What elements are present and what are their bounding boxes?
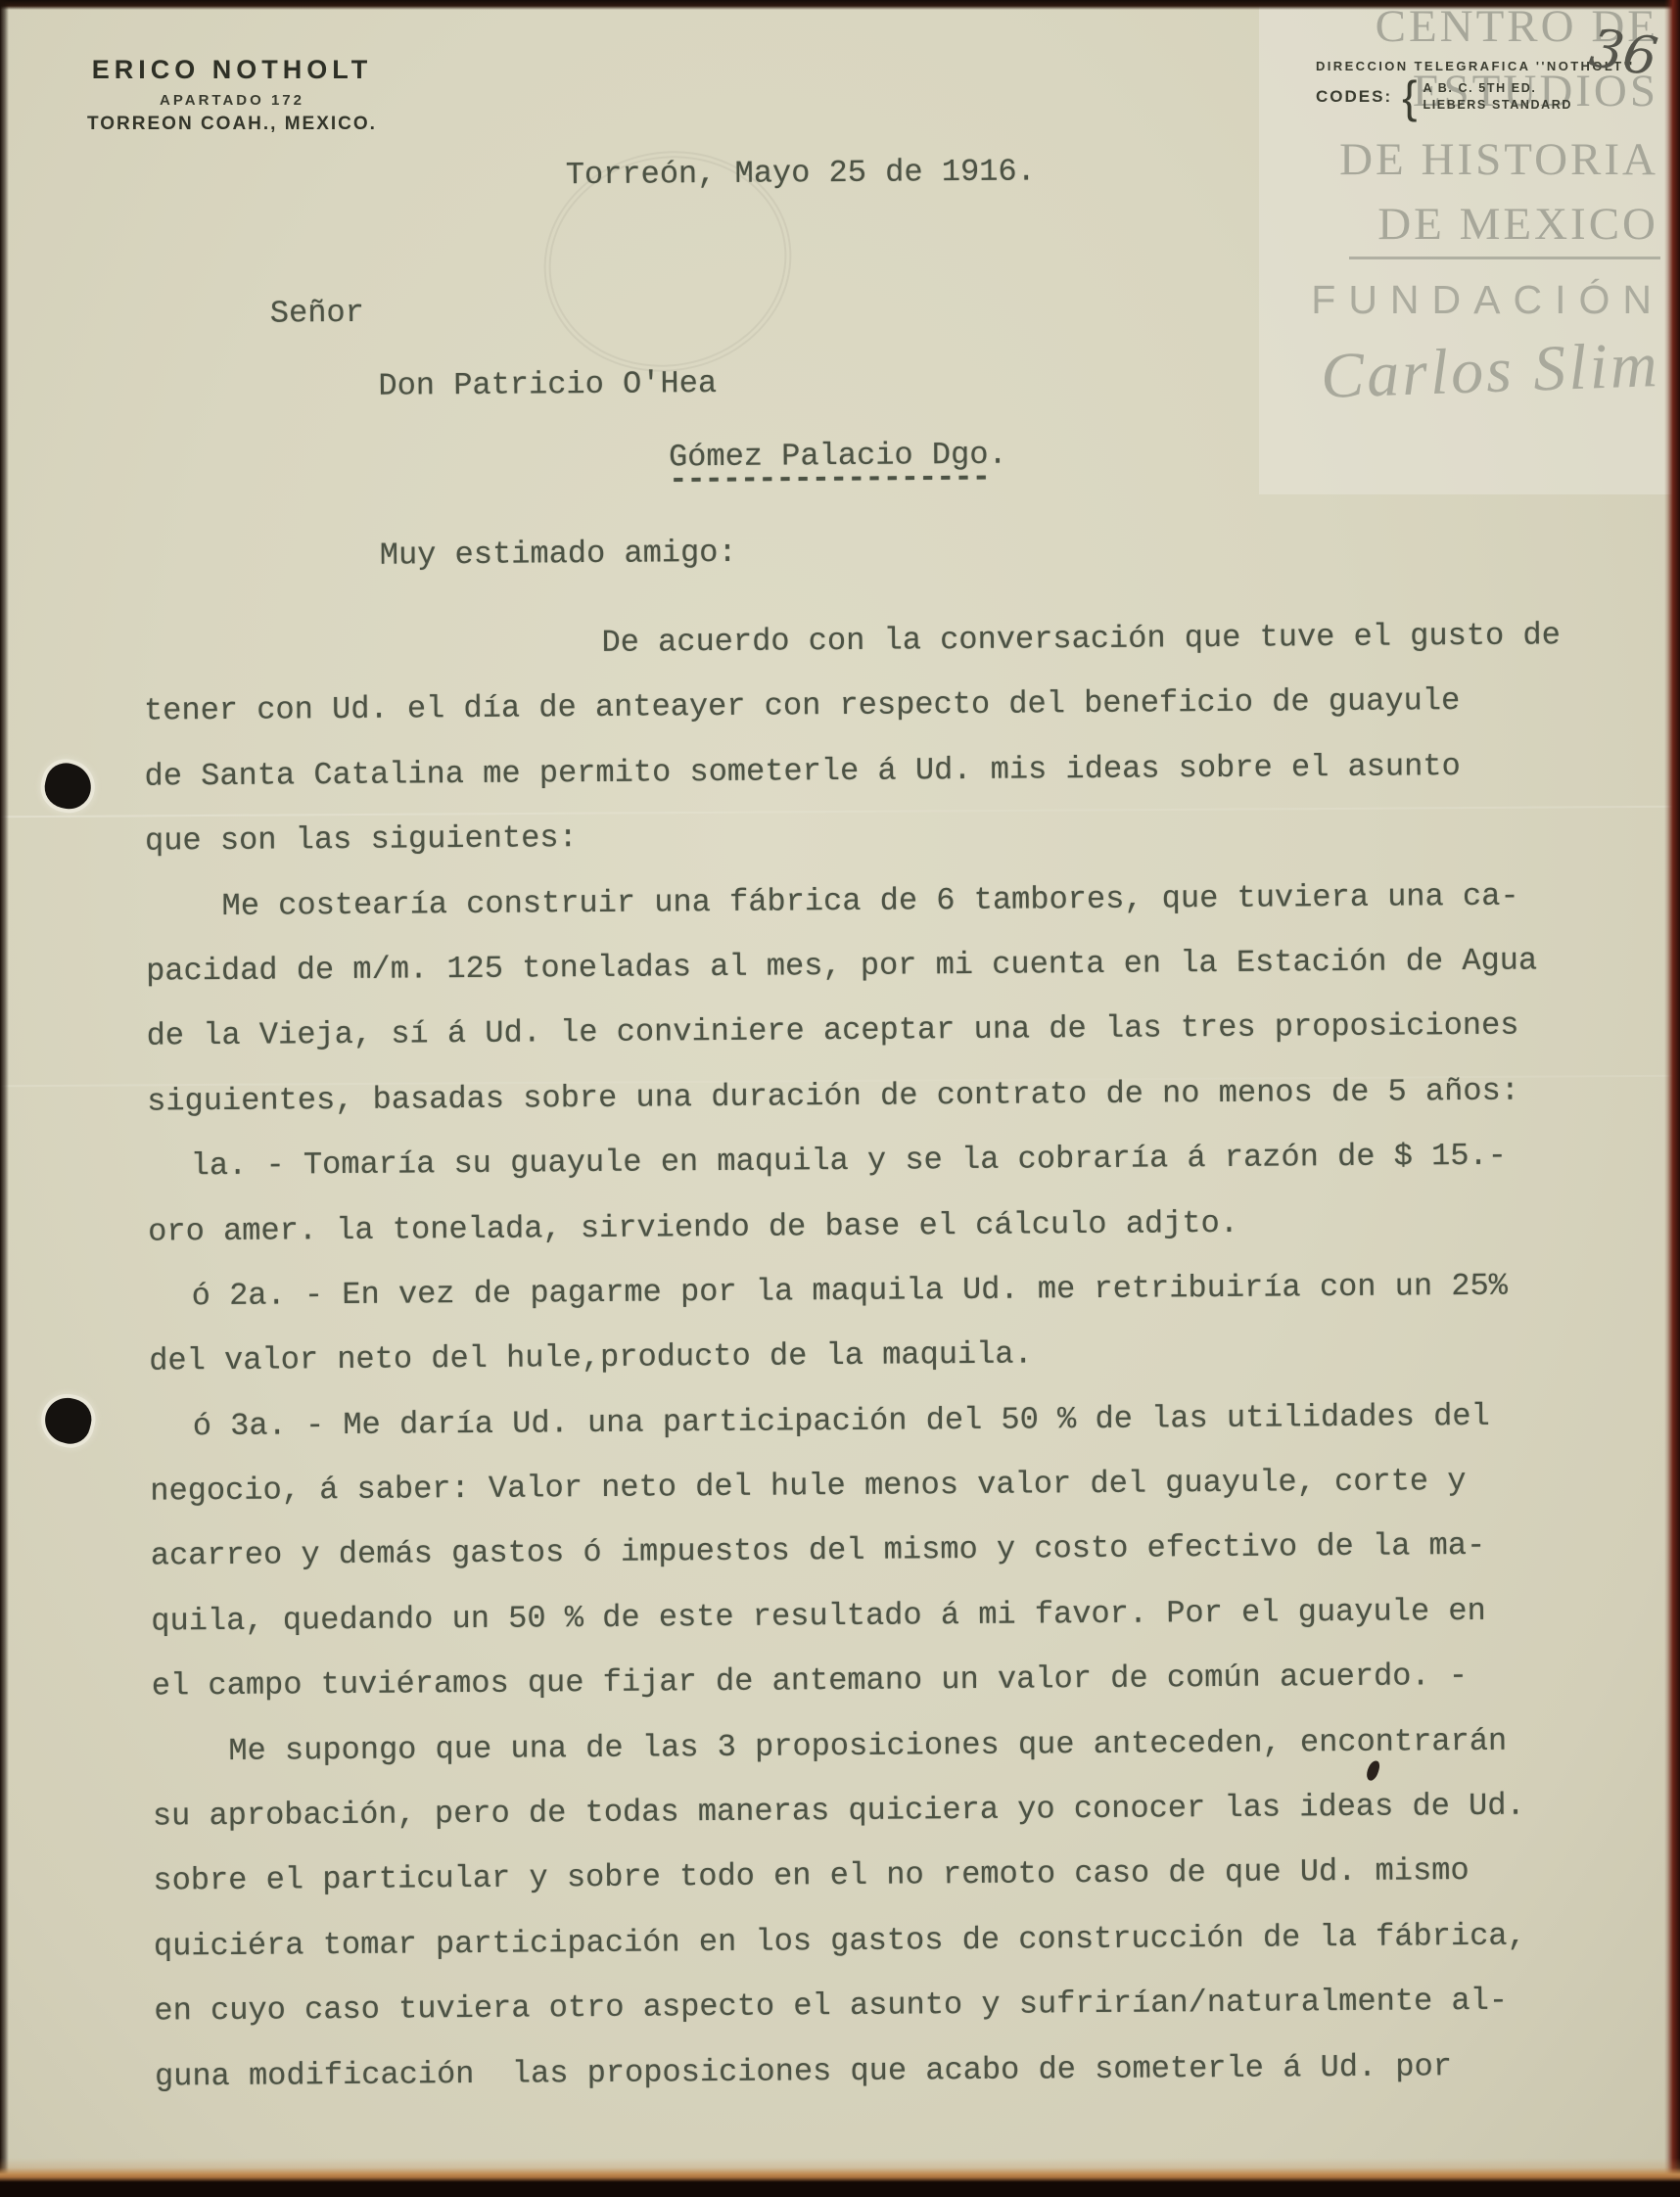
greeting: Muy estimado amigo:	[380, 535, 737, 574]
letter-body: De acuerdo con la conversación que tuve …	[143, 617, 1594, 2123]
letter-body-line: del valor neto del hule,producto de la m…	[149, 1332, 1588, 1408]
letter-body-line: Me costearía construir una fábrica de 6 …	[145, 877, 1584, 954]
letter-body-line: que son las siguientes:	[145, 812, 1584, 888]
letter-body-line: oro amer. la tonelada, sirviendo de base…	[148, 1202, 1587, 1279]
letter-body-line: en cuyo caso tuviera otro aspecto el asu…	[154, 1982, 1593, 2058]
letter-body-line: De acuerdo con la conversación que tuve …	[143, 617, 1582, 693]
letter-body-line: siguientes, basadas sobre una duración d…	[147, 1072, 1586, 1148]
letter-body-line: su aprobación, pero de todas maneras qui…	[153, 1787, 1592, 1863]
city-underline: ------------------	[669, 459, 990, 498]
letter-body-line: de Santa Catalina me permito someterle á…	[144, 747, 1583, 823]
letter-body-line: de la Vieja, sí á Ud. le conviniere acep…	[147, 1006, 1586, 1083]
letter-body-line: ó 3a. - Me daría Ud. una participación d…	[150, 1397, 1589, 1473]
letter-body-line: la. - Tomaría su guayule en maquila y se…	[148, 1137, 1587, 1213]
letter-body-line: ó 2a. - En vez de pagarme por la maquila…	[149, 1267, 1588, 1343]
scan-edge-right	[1664, 0, 1680, 2197]
letter-body-line: quiciéra tomar participación en los gast…	[154, 1917, 1593, 1993]
typewritten-letter: Torreón, Mayo 25 de 1916. Señor Don Patr…	[0, 0, 1680, 2197]
letter-body-line: sobre el particular y sobre todo en el n…	[153, 1851, 1592, 1928]
letter-body-line: quila, quedando un 50 % de este resultad…	[151, 1592, 1590, 1668]
letter-body-line: acarreo y demás gastos ó impuestos del m…	[151, 1526, 1590, 1603]
recipient-name: Don Patricio O'Hea	[378, 365, 717, 404]
salutation-prefix: Señor	[270, 295, 364, 332]
dateline: Torreón, Mayo 25 de 1916.	[566, 153, 1036, 193]
letter-body-line: negocio, á saber: Valor neto del hule me…	[150, 1462, 1589, 1538]
scan-edge-left	[0, 0, 9, 2197]
scan-edge-bottom	[0, 2158, 1680, 2197]
letter-body-line: pacidad de m/m. 125 toneladas al mes, po…	[146, 942, 1585, 1018]
scan-edge-top	[0, 0, 1680, 10]
letter-body-line: el campo tuviéramos que fijar de anteman…	[152, 1657, 1591, 1733]
letter-body-line: guna modificación las proposiciones que …	[155, 2047, 1594, 2124]
letter-body-line: tener con Ud. el día de anteayer con res…	[144, 681, 1583, 758]
scanned-letter-page: CENTRO DE ESTUDIOS DE HISTORIA DE MEXICO…	[0, 0, 1680, 2197]
